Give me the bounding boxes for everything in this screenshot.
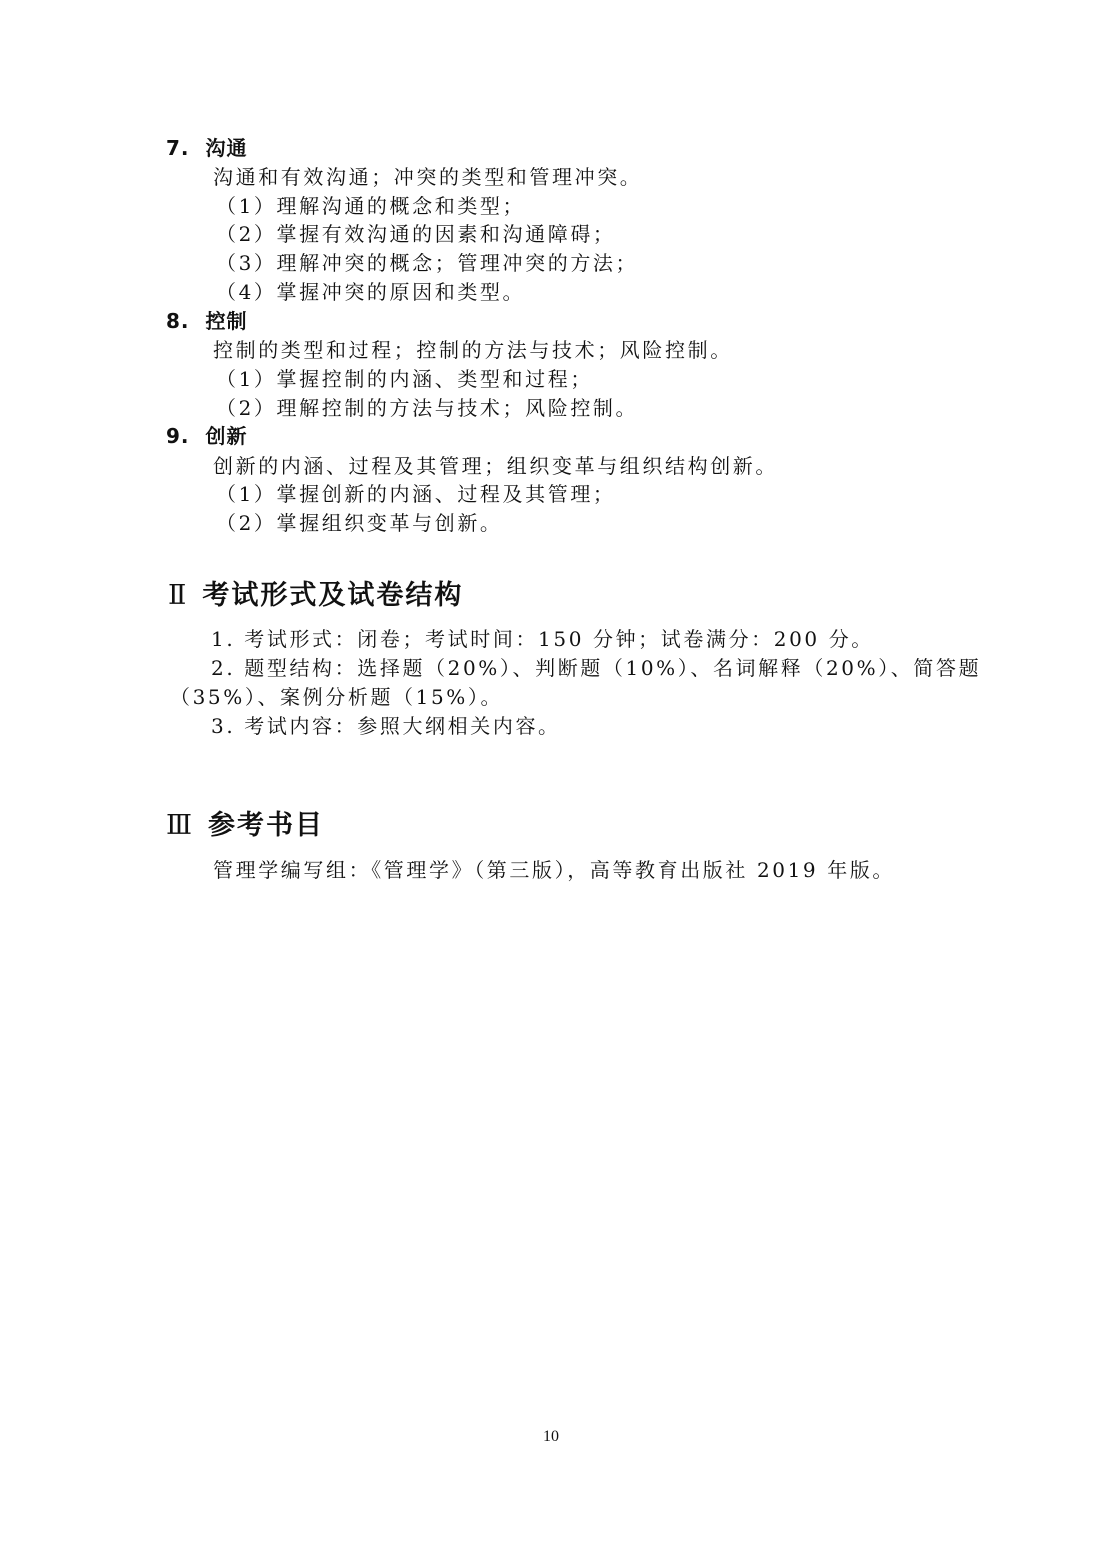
chapter-summary: 控制的类型和过程；控制的方法与技术；风险控制。 — [213, 336, 733, 365]
chapter-8-heading: 8. 控制 — [166, 307, 247, 336]
chapter-summary: 沟通和有效沟通；冲突的类型和管理冲突。 — [213, 163, 642, 192]
chapter-title: 创新 — [205, 424, 247, 448]
chapter-number: 7. — [166, 136, 190, 160]
chapter-item: （2）掌握有效沟通的因素和沟通障碍； — [216, 220, 616, 249]
exam-line: 1. 考试形式：闭卷；考试时间：150 分钟；试卷满分：200 分。 — [211, 625, 874, 654]
exam-line: 3. 考试内容：参照大纲相关内容。 — [211, 712, 561, 741]
exam-line: （35%）、案例分析题（15%）。 — [170, 683, 503, 712]
section-numeral: Ⅲ — [166, 810, 194, 841]
section-title: 考试形式及试卷结构 — [202, 580, 463, 611]
chapter-title: 控制 — [205, 309, 247, 333]
reference-book: 管理学编写组：《管理学》（第三版），高等教育出版社 2019 年版。 — [213, 856, 895, 885]
section-exam-heading: Ⅱ考试形式及试卷结构 — [168, 578, 463, 614]
chapter-9-heading: 9. 创新 — [166, 422, 247, 451]
section-numeral: Ⅱ — [168, 580, 188, 611]
chapter-item: （3）理解冲突的概念；管理冲突的方法； — [216, 249, 638, 278]
chapter-item: （1）掌握控制的内涵、类型和过程； — [216, 365, 593, 394]
section-books-heading: Ⅲ参考书目 — [166, 808, 324, 844]
chapter-item: （4）掌握冲突的原因和类型。 — [216, 278, 525, 307]
chapter-item: （1）理解沟通的概念和类型； — [216, 192, 525, 221]
chapter-number: 8. — [166, 309, 190, 333]
page-number: 10 — [0, 1428, 1102, 1446]
exam-line: 2. 题型结构：选择题（20%）、判断题（10%）、名词解释（20%）、简答题 — [211, 654, 981, 683]
section-title: 参考书目 — [208, 810, 324, 841]
chapter-7-heading: 7. 沟通 — [166, 134, 247, 163]
chapter-number: 9. — [166, 424, 190, 448]
chapter-item: （2）掌握组织变革与创新。 — [216, 509, 503, 538]
chapter-item: （2）理解控制的方法与技术；风险控制。 — [216, 394, 638, 423]
chapter-summary: 创新的内涵、过程及其管理；组织变革与组织结构创新。 — [213, 452, 778, 481]
chapter-item: （1）掌握创新的内涵、过程及其管理； — [216, 480, 616, 509]
chapter-title: 沟通 — [205, 136, 247, 160]
